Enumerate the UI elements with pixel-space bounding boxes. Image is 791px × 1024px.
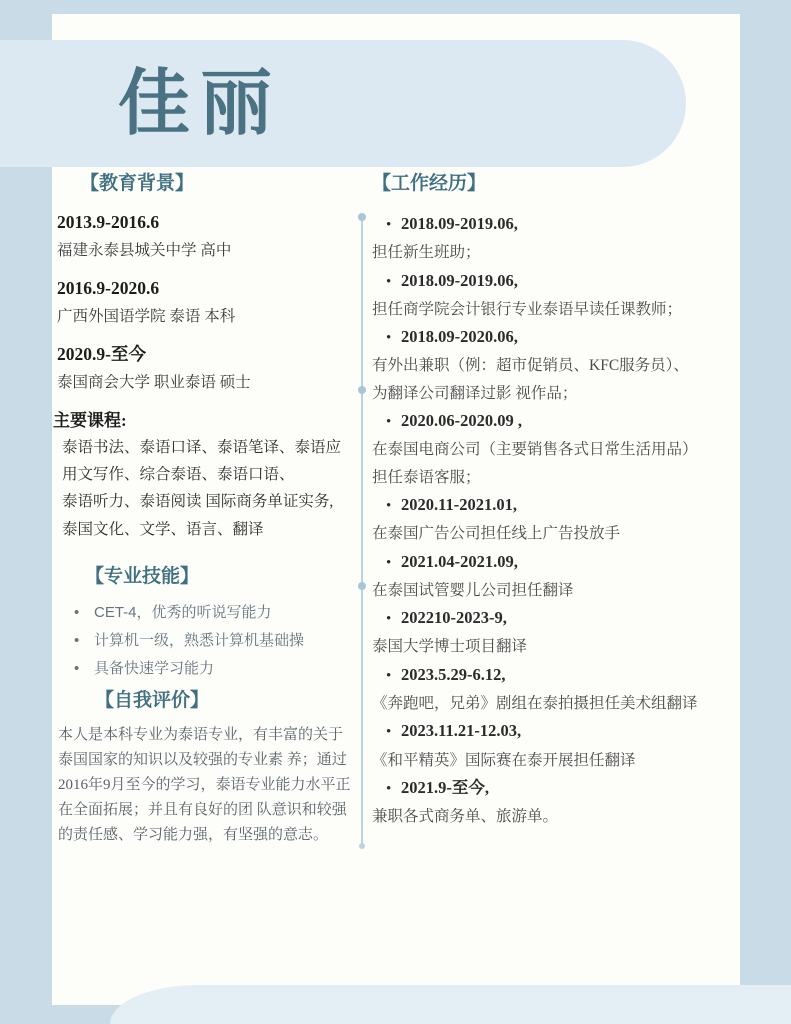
work-heading: 【工作经历】 bbox=[372, 172, 734, 196]
work-period: 2020.06-2020.09 , bbox=[401, 407, 522, 434]
work-date-row: • 2023.11.21-12.03, bbox=[372, 717, 734, 746]
self-evaluation-heading: 【自我评价】 bbox=[52, 689, 357, 713]
education-period: 2016.9-2020.6 bbox=[57, 276, 357, 300]
work-period: 2018.09-2019.06, bbox=[401, 267, 518, 294]
work-description-line: 担任商学院会计银行专业泰语早读任课教师； bbox=[372, 296, 734, 323]
work-period: 2023.5.29-6.12, bbox=[401, 661, 506, 688]
skill-item: • CET-4，优秀的听说写能力 bbox=[52, 599, 357, 627]
work-description-line: 兼职各式商务单、旅游单。 bbox=[372, 803, 734, 830]
skills-heading: 【专业技能】 bbox=[52, 565, 357, 589]
work-date-row: • 2021.9-至今, bbox=[372, 774, 734, 803]
work-entry: • 2023.11.21-12.03, 《和平精英》国际赛在泰开展担任翻译 bbox=[372, 717, 734, 774]
work-description-line: 《和平精英》国际赛在泰开展担任翻译 bbox=[372, 747, 734, 774]
work-entry: • 2020.06-2020.09 , 在泰国电商公司（主要销售各式日常生活用品… bbox=[372, 407, 734, 491]
bullet-icon: • bbox=[386, 493, 401, 520]
work-date-row: • 2023.5.29-6.12, bbox=[372, 661, 734, 690]
work-description-line: 担任新生班助； bbox=[372, 239, 734, 266]
work-date-row: • 2018.09-2020.06, bbox=[372, 323, 734, 352]
work-experience-list: • 2018.09-2019.06, 担任新生班助； • 2018.09-201… bbox=[372, 210, 734, 831]
bullet-icon: • bbox=[386, 719, 401, 746]
education-period: 2013.9-2016.6 bbox=[57, 210, 357, 234]
bullet-icon: • bbox=[386, 269, 401, 296]
skill-item: • 计算机一级，熟悉计算机基础操 bbox=[52, 627, 357, 655]
work-description-line: 担任泰语客服； bbox=[372, 464, 734, 491]
work-entry: • 202210-2023-9, 泰国大学博士项目翻译 bbox=[372, 604, 734, 661]
education-detail: 福建永泰县城关中学 高中 bbox=[57, 240, 357, 262]
course-line: 用文写作、综合泰语、泰语口语、 bbox=[52, 461, 357, 488]
course-line: 泰国文化、文学、语言、翻译 bbox=[52, 516, 357, 543]
courses-label: 主要课程: bbox=[52, 408, 357, 434]
work-date-row: • 2021.04-2021.09, bbox=[372, 548, 734, 577]
bullet-icon: • bbox=[386, 325, 401, 352]
education-period: 2020.9-至今 bbox=[57, 342, 357, 366]
bullet-icon: • bbox=[74, 599, 94, 627]
bullet-icon: • bbox=[386, 409, 401, 436]
bullet-icon: • bbox=[386, 776, 401, 803]
bullet-icon: • bbox=[386, 606, 401, 633]
work-entry: • 2018.09-2019.06, 担任商学院会计银行专业泰语早读任课教师； bbox=[372, 267, 734, 324]
education-entry: 2020.9-至今 泰国商会大学 职业泰语 硕士 bbox=[52, 342, 357, 394]
work-description: 在泰国电商公司（主要销售各式日常生活用品） 担任泰语客服； bbox=[372, 436, 734, 491]
bullet-icon: • bbox=[74, 655, 94, 683]
work-period: 2023.11.21-12.03, bbox=[401, 717, 521, 744]
work-period: 2021.9-至今, bbox=[401, 774, 489, 801]
work-description: 担任新生班助； bbox=[372, 239, 734, 266]
bullet-icon: • bbox=[386, 550, 401, 577]
bullet-icon: • bbox=[386, 212, 401, 239]
work-date-row: • 2018.09-2019.06, bbox=[372, 267, 734, 296]
right-column: 【工作经历】 • 2018.09-2019.06, 担任新生班助； bbox=[372, 172, 734, 831]
work-date-row: • 2020.11-2021.01, bbox=[372, 491, 734, 520]
work-period: 2020.11-2021.01, bbox=[401, 491, 517, 518]
bullet-icon: • bbox=[74, 627, 94, 655]
work-description-line: 在泰国广告公司担任线上广告投放手 bbox=[372, 520, 734, 547]
work-description: 担任商学院会计银行专业泰语早读任课教师； bbox=[372, 296, 734, 323]
work-period: 2021.04-2021.09, bbox=[401, 548, 518, 575]
skill-item-text: 计算机一级，熟悉计算机基础操 bbox=[94, 627, 304, 655]
timeline-dot bbox=[358, 213, 366, 221]
work-period: 2018.09-2020.06, bbox=[401, 323, 518, 350]
work-date-row: • 2020.06-2020.09 , bbox=[372, 407, 734, 436]
education-detail: 广西外国语学院 泰语 本科 bbox=[57, 306, 357, 328]
course-line: 泰语听力、泰语阅读 国际商务单证实务, bbox=[52, 488, 357, 515]
left-column: 【教育背景】 2013.9-2016.6 福建永泰县城关中学 高中 2016.9… bbox=[52, 172, 357, 848]
courses-lines: 泰语书法、泰语口译、泰语笔译、泰语应 用文写作、综合泰语、泰语口语、 泰语听力、… bbox=[52, 434, 357, 543]
resume-page: 佳丽 【教育背景】 2013.9-2016.6 福建永泰县城关中学 高中 201… bbox=[0, 0, 791, 1024]
bullet-icon: • bbox=[386, 663, 401, 690]
skills-list: • CET-4，优秀的听说写能力 • 计算机一级，熟悉计算机基础操 • 具备快速… bbox=[52, 599, 357, 683]
skill-item-text: 具备快速学习能力 bbox=[94, 655, 214, 683]
work-description: 泰国大学博士项目翻译 bbox=[372, 633, 734, 660]
candidate-name: 佳丽 bbox=[0, 68, 282, 140]
work-entry: • 2023.5.29-6.12, 《奔跑吧，兄弟》剧组在泰拍摄担任美术组翻译 bbox=[372, 661, 734, 718]
work-description: 在泰国广告公司担任线上广告投放手 bbox=[372, 520, 734, 547]
timeline-dot bbox=[358, 386, 366, 394]
work-period: 2018.09-2019.06, bbox=[401, 210, 518, 237]
work-period: 202210-2023-9, bbox=[401, 604, 507, 631]
timeline-end-dot bbox=[359, 843, 365, 849]
work-description-line: 为翻译公司翻译过影 视作品； bbox=[372, 380, 734, 407]
work-description-line: 在泰国试管婴儿公司担任翻译 bbox=[372, 577, 734, 604]
education-heading: 【教育背景】 bbox=[52, 172, 357, 196]
courses-block: 主要课程: 泰语书法、泰语口译、泰语笔译、泰语应 用文写作、综合泰语、泰语口语、… bbox=[52, 408, 357, 543]
timeline-dot bbox=[358, 582, 366, 590]
education-list: 2013.9-2016.6 福建永泰县城关中学 高中 2016.9-2020.6… bbox=[52, 210, 357, 394]
timeline-line bbox=[361, 215, 363, 845]
course-line: 泰语书法、泰语口译、泰语笔译、泰语应 bbox=[52, 434, 357, 461]
work-entry: • 2021.9-至今, 兼职各式商务单、旅游单。 bbox=[372, 774, 734, 831]
work-entry: • 2018.09-2019.06, 担任新生班助； bbox=[372, 210, 734, 267]
self-evaluation-text: 本人是本科专业为泰语专业，有丰富的关于泰国国家的知识以及较强的专业素 养；通过2… bbox=[58, 723, 352, 848]
education-entry: 2016.9-2020.6 广西外国语学院 泰语 本科 bbox=[52, 276, 357, 328]
work-description-line: 泰国大学博士项目翻译 bbox=[372, 633, 734, 660]
work-description-line: 在泰国电商公司（主要销售各式日常生活用品） bbox=[372, 436, 734, 463]
education-detail: 泰国商会大学 职业泰语 硕士 bbox=[57, 372, 357, 394]
work-description: 兼职各式商务单、旅游单。 bbox=[372, 803, 734, 830]
work-description-line: 有外出兼职（例：超市促销员、KFC服务员）、 bbox=[372, 352, 734, 379]
work-date-row: • 2018.09-2019.06, bbox=[372, 210, 734, 239]
work-entry: • 2021.04-2021.09, 在泰国试管婴儿公司担任翻译 bbox=[372, 548, 734, 605]
work-description: 有外出兼职（例：超市促销员、KFC服务员）、 为翻译公司翻译过影 视作品； bbox=[372, 352, 734, 407]
work-description: 《奔跑吧，兄弟》剧组在泰拍摄担任美术组翻译 bbox=[372, 690, 734, 717]
bottom-decor-shape bbox=[110, 985, 791, 1024]
work-entry: • 2018.09-2020.06, 有外出兼职（例：超市促销员、KFC服务员）… bbox=[372, 323, 734, 407]
work-date-row: • 202210-2023-9, bbox=[372, 604, 734, 633]
skill-item: • 具备快速学习能力 bbox=[52, 655, 357, 683]
skill-item-text: CET-4，优秀的听说写能力 bbox=[94, 599, 272, 627]
education-entry: 2013.9-2016.6 福建永泰县城关中学 高中 bbox=[52, 210, 357, 262]
header-band: 佳丽 bbox=[0, 40, 686, 167]
work-entry: • 2020.11-2021.01, 在泰国广告公司担任线上广告投放手 bbox=[372, 491, 734, 548]
work-description: 《和平精英》国际赛在泰开展担任翻译 bbox=[372, 747, 734, 774]
work-description-line: 《奔跑吧，兄弟》剧组在泰拍摄担任美术组翻译 bbox=[372, 690, 734, 717]
work-description: 在泰国试管婴儿公司担任翻译 bbox=[372, 577, 734, 604]
